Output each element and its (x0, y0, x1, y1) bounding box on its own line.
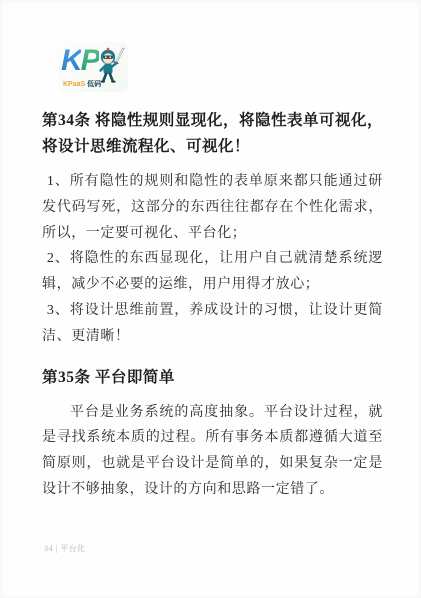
logo-subtext-brand: KPaaS (63, 81, 85, 88)
article-34-body: 1、所有隐性的规则和隐性的表单原来都只能通过研发代码写死，这部分的东西往往都存在… (42, 169, 383, 350)
article-34-title: 第34条 将隐性规则显现化，将隐性表单可视化，将设计思维流程化、可视化！ (42, 108, 383, 160)
logo-letters: KP (61, 44, 99, 78)
article-34-item-1: 1、所有隐性的规则和隐性的表单原来都只能通过研发代码写死，这部分的东西往往都存在… (42, 169, 383, 246)
logo-subtext: KPaaS 低码 (63, 81, 101, 88)
logo-letter-k: K (61, 44, 81, 77)
article-35-title: 第35条 平台即简单 (42, 365, 383, 391)
logo-subtext-tagline: 低码 (87, 81, 101, 88)
mascot-knight-icon (96, 45, 126, 85)
page-footer: 34 | 平台化 (44, 543, 86, 554)
article-34-item-3: 3、将设计思维前置，养成设计的习惯，让设计更简洁、更清晰！ (42, 298, 383, 350)
article-34-item-2: 2、将隐性的东西显现化，让用户自己就清楚系统逻辑，减少不必要的运维，用户用得才放… (42, 246, 383, 298)
page-content: KP (42, 0, 383, 503)
book-page: KP (0, 0, 421, 598)
article-35-paragraph: 平台是业务系统的高度抽象。平台设计过程，就是寻找系统本质的过程。所有事务本质都遵… (42, 400, 383, 503)
kpaas-logo: KP (58, 42, 128, 92)
